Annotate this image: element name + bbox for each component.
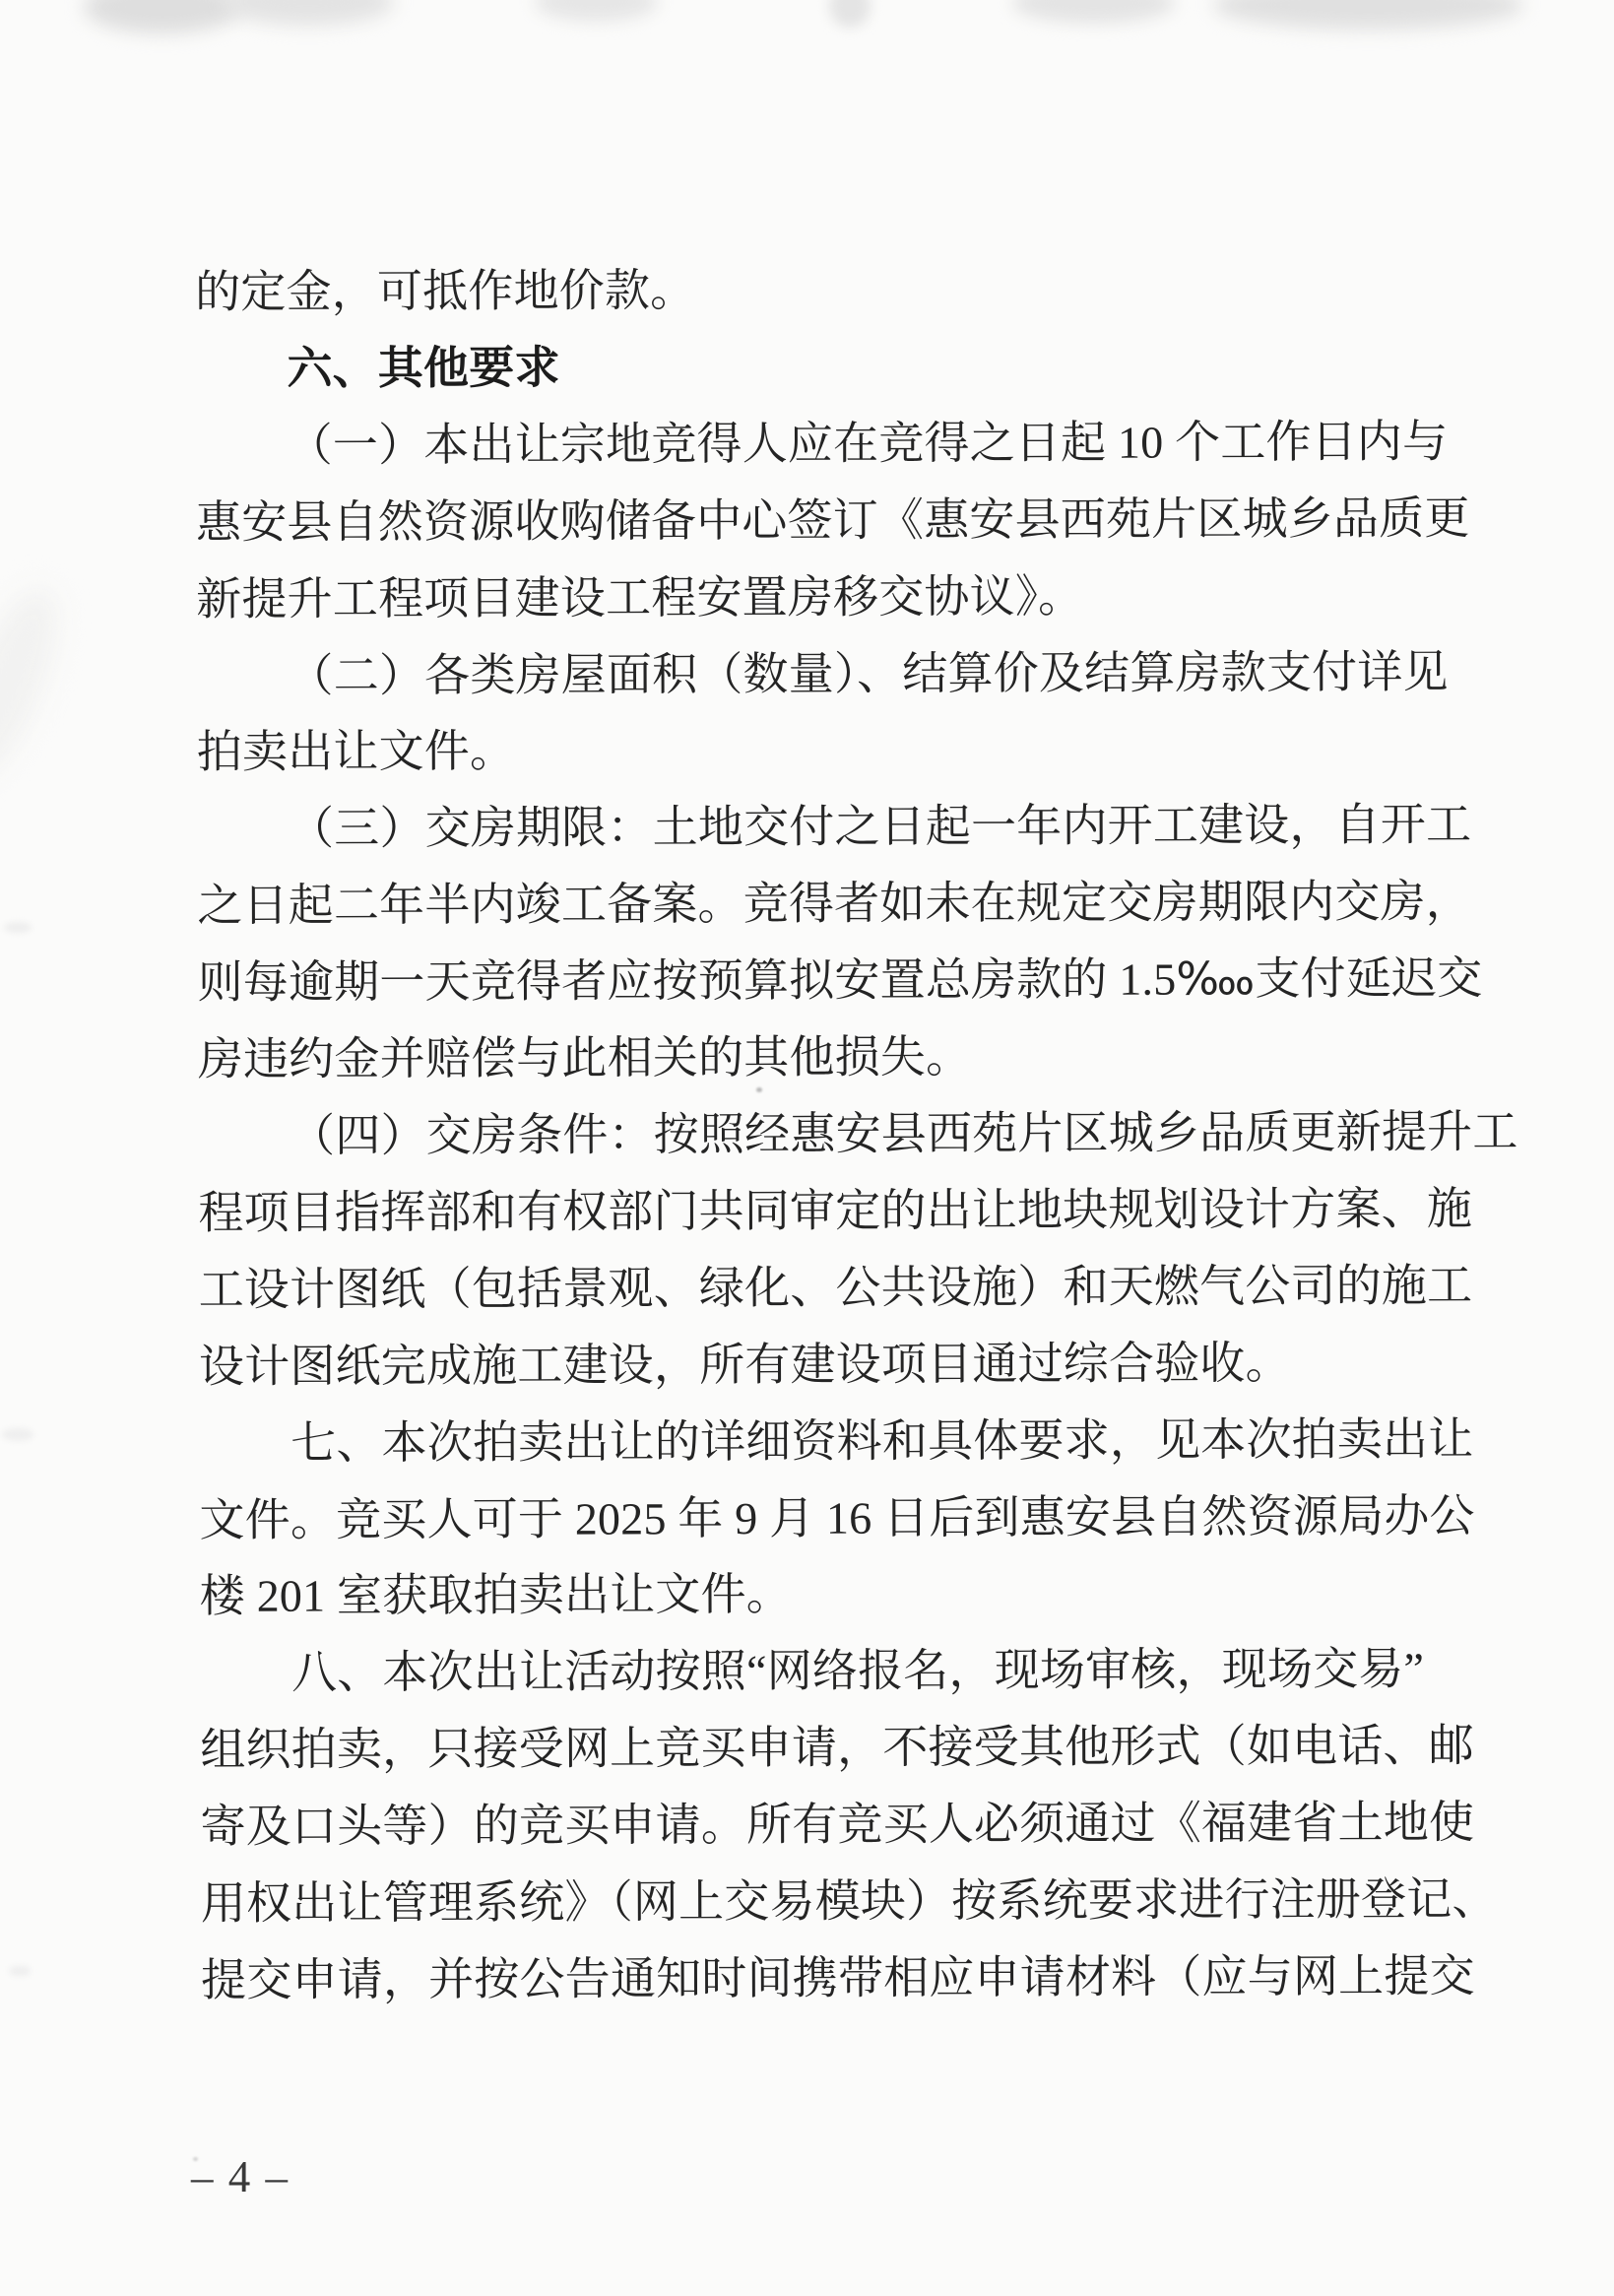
text-line: 楼 201 室获取拍卖出让文件。 bbox=[200, 1554, 1433, 1635]
page-footer: – 4 – bbox=[191, 2151, 290, 2202]
text-line: 房违约金并赔偿与此相关的其他损失。 bbox=[198, 1017, 1431, 1098]
scan-smudge bbox=[535, 0, 658, 22]
text-line: 提交申请，并按公告通知时间携带相应申请材料（应与网上提交 bbox=[201, 1938, 1434, 2019]
text-line: 工设计图纸（包括景观、绿化、公共设施）和天燃气公司的施工 bbox=[199, 1247, 1432, 1328]
text-line: 七、本次拍卖出让的详细资料和具体要求，见本次拍卖出让 bbox=[199, 1401, 1432, 1481]
text-line: 文件。竞买人可于 2025 年 9 月 16 日后到惠安县自然资源局办公 bbox=[199, 1477, 1432, 1558]
text-line: 的定金，可抵作地价款。 bbox=[195, 250, 1428, 331]
section-heading: 六、其他要求 bbox=[195, 327, 1428, 408]
page-number: – 4 – bbox=[191, 2152, 290, 2201]
text-line: 八、本次出让活动按照“网络报名，现场审核，现场交易” bbox=[200, 1631, 1433, 1712]
scan-speck bbox=[9, 1966, 31, 1976]
scan-crease bbox=[0, 576, 78, 794]
scan-smudge bbox=[1213, 0, 1523, 30]
text-line: 惠安县自然资源收购储备中心签订《惠安县西苑片区城乡品质更 bbox=[196, 480, 1429, 560]
scan-speck bbox=[2, 1428, 33, 1441]
text-line: 则每逾期一天竞得者应按预算拟安置总房款的 1.5‱支付延迟交 bbox=[197, 941, 1430, 1021]
scan-smudge bbox=[222, 0, 394, 26]
text-line: 寄及口头等）的竞买申请。所有竞买人必须通过《福建省土地使 bbox=[200, 1785, 1433, 1866]
scan-speck bbox=[4, 922, 32, 933]
text-line: 组织拍卖，只接受网上竞买申请，不接受其他形式（如电话、邮 bbox=[200, 1708, 1433, 1789]
text-line: 拍卖出让文件。 bbox=[197, 710, 1430, 791]
text-line: 设计图纸完成施工建设，所有建设项目通过综合验收。 bbox=[199, 1324, 1432, 1405]
scan-smudge bbox=[1012, 0, 1175, 24]
text-line: （三）交房期限：土地交付之日起一年内开工建设，自开工 bbox=[197, 787, 1430, 868]
text-line: （二）各类房屋面积（数量）、结算价及结算房款支付详见 bbox=[196, 633, 1429, 714]
text-line: （四）交房条件：按照经惠安县西苑片区城乡品质更新提升工 bbox=[198, 1094, 1431, 1175]
document-body: 的定金，可抵作地价款。六、其他要求（一）本出让宗地竞得人应在竞得之日起 10 个… bbox=[195, 250, 1434, 2019]
text-line: 用权出让管理系统》（网上交易模块）按系统要求进行注册登记、 bbox=[201, 1862, 1434, 1942]
scan-smudge bbox=[829, 0, 871, 28]
text-line: （一）本出让宗地竞得人应在竞得之日起 10 个工作日内与 bbox=[196, 403, 1429, 484]
text-line: 新提升工程项目建设工程安置房移交协议》。 bbox=[196, 557, 1429, 637]
document-page: 的定金，可抵作地价款。六、其他要求（一）本出让宗地竞得人应在竞得之日起 10 个… bbox=[0, 0, 1614, 2296]
text-line: 程项目指挥部和有权部门共同审定的出让地块规划设计方案、施 bbox=[198, 1170, 1431, 1251]
text-line: 之日起二年半内竣工备案。竞得者如未在规定交房期限内交房， bbox=[197, 864, 1430, 945]
scan-smudge bbox=[84, 0, 241, 33]
